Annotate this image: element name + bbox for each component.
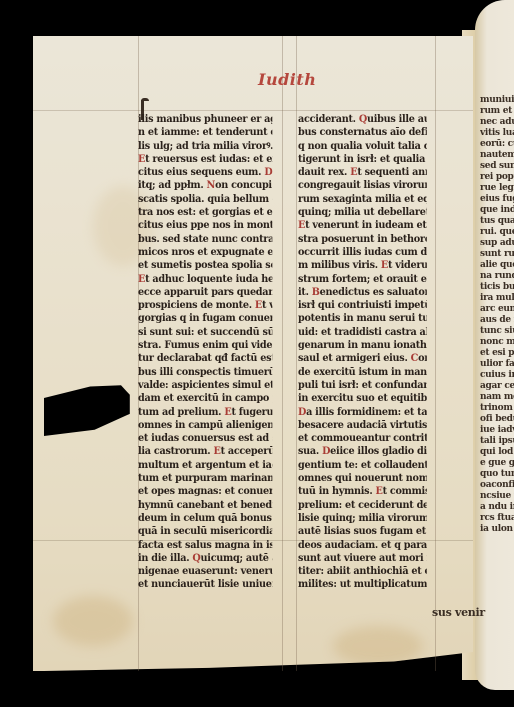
text-line: gorgias q in fugam conuer xyxy=(138,312,272,325)
text-line: ulior fapos: xyxy=(480,359,514,370)
text-line: aus de non xyxy=(480,315,514,326)
text-line: sup aduenie xyxy=(480,238,514,249)
text-line: prospiciens de monte. Et vidit xyxy=(138,299,272,312)
text-line: rum et custo xyxy=(480,106,514,117)
text-line: sunt aut viuere aut mori for xyxy=(298,552,427,565)
text-line: facta est salus magna in isrł xyxy=(138,539,272,552)
text-line: multum et argentum et iacin xyxy=(138,459,272,472)
text-line: ofi bedum xyxy=(480,414,514,425)
rubricated-initial: D xyxy=(322,445,330,457)
rubricated-initial: Q xyxy=(192,552,200,564)
text-line: nec aduenit. li xyxy=(480,117,514,128)
text-line: occurrit illis iudas cum dece xyxy=(298,246,427,259)
text-line: oaconfiu xyxy=(480,480,514,491)
text-line: omnes in campū alienigenae: xyxy=(138,419,272,432)
text-line: Da illis formidinem: et ta xyxy=(298,406,427,419)
text-line: dam et exercitū in campo para xyxy=(138,392,272,405)
text-line: lis ulg; ad tria milia virorꝰ. xyxy=(138,140,272,153)
text-line: quā in seculū misericordia eius. Et xyxy=(138,525,272,538)
text-line: quo tund xyxy=(480,469,514,480)
text-line: besacere audaciā virtutis eorū: xyxy=(298,419,427,432)
text-line: qui lod teu xyxy=(480,447,514,458)
rubricated-initial: C xyxy=(411,352,418,364)
rubricated-initial: E xyxy=(224,406,231,418)
text-column-left: ilis manibus phuneer er agon et iamme: e… xyxy=(138,113,284,592)
text-line: ilis manibus phuneer er ago xyxy=(138,113,272,126)
text-line: ecce apparuit pars quedam xyxy=(138,286,272,299)
text-line: saul et armigeri eius. Conclu xyxy=(298,352,427,365)
text-line: tigerunt in isrł: et qualia mā xyxy=(298,153,427,166)
text-line: deum in celum quā bonus est: xyxy=(138,512,272,525)
text-line: omnes qui nouerunt nomen xyxy=(298,472,427,485)
text-line: valde: aspicientes simul et iu xyxy=(138,379,272,392)
text-line: nam monum xyxy=(480,392,514,403)
text-line: sua. Deiice illos gladio dili xyxy=(298,445,427,458)
rubricated-initial: E xyxy=(138,273,145,285)
rubricated-initial: E xyxy=(255,299,262,311)
text-line: stra posuerunt in bethoron: et xyxy=(298,233,427,246)
text-line: prelium: et ceciderunt de exercitu xyxy=(298,499,427,512)
text-line: tali ipsum xyxy=(480,436,514,447)
text-line: tum et purpuram marinam xyxy=(138,472,272,485)
ruling-line xyxy=(33,110,473,111)
text-line: in die illa. Quicumq; autē alie xyxy=(138,552,272,565)
rubricated-initial: E xyxy=(213,445,220,457)
rubricated-initial: N xyxy=(207,179,216,191)
text-line: citus eius sequens eum. Dix xyxy=(138,166,272,179)
rubricated-initial: E xyxy=(350,166,357,178)
text-line: et commoueantur contritione xyxy=(298,432,427,445)
text-line: bus. sed state nunc contra ini xyxy=(138,233,272,246)
text-line: lia castrorum. Et acceperūt aurū xyxy=(138,445,272,458)
rubricated-initial: E xyxy=(381,259,388,271)
text-line: nautem fam xyxy=(480,150,514,161)
text-line: quinq; milia ut debellaret eos. xyxy=(298,206,427,219)
text-line: ira mult. Fa xyxy=(480,293,514,304)
text-line: deos audaciam. et q parati xyxy=(298,539,427,552)
rubricated-initial: E xyxy=(376,485,383,497)
text-line: a ndu inga xyxy=(480,502,514,513)
text-line: rue legis. q ta xyxy=(480,183,514,194)
text-line: Et adhuc loquente iuda hec: xyxy=(138,273,272,286)
text-line: gentium te: et collaudent te xyxy=(298,459,427,472)
text-line: tur declarabat qđ factū est. Qui xyxy=(138,352,272,365)
text-line: cuius in me xyxy=(480,370,514,381)
rubricated-initial: D xyxy=(298,406,306,418)
text-line: m milibus viris. Et viderunt ca xyxy=(298,259,427,272)
text-line: muniuit in nid xyxy=(480,95,514,106)
text-line: citus eius ppe nos in monta xyxy=(138,219,272,232)
text-line: tunc siues p xyxy=(480,326,514,337)
text-line: congregauit lisias virorum electo xyxy=(298,179,427,192)
text-line: et sumetis postea spolia secure. xyxy=(138,259,272,272)
text-line: sunt rum p xyxy=(480,249,514,260)
text-line: iue iadvou xyxy=(480,425,514,436)
text-line: bus illi conspectis timuerūt xyxy=(138,366,272,379)
text-line: genarum in manu ionathe filii xyxy=(298,339,427,352)
text-line: et esi ponet xyxy=(480,348,514,359)
text-line: Et reuersus est iudas: et exer xyxy=(138,153,272,166)
text-line: isrł qui contriuisti impetū xyxy=(298,299,427,312)
text-line: ia ulon qe xyxy=(480,524,514,535)
text-line: in exercitu suo et equitibus. xyxy=(298,392,427,405)
text-line: agar cent e xyxy=(480,381,514,392)
catchword: sus venir xyxy=(432,606,485,619)
text-line: rcs ftua xyxy=(480,513,514,524)
text-line: si sunt sui: et succendū sūt ca xyxy=(138,326,272,339)
text-line: scatis spolia. quia bellum cō xyxy=(138,193,272,206)
running-head: Iudith xyxy=(258,70,316,89)
text-column-right: acciderant. Quibus ille auditibus conste… xyxy=(298,113,438,592)
text-line: milites: ut multiplicatum rur xyxy=(298,578,427,591)
text-line: titer: abiit anthiochiā et elegit xyxy=(298,565,427,578)
text-line: hymnū canebant et benedicebāt xyxy=(138,499,272,512)
text-line: eorū: custodie xyxy=(480,139,514,150)
text-line: Et venerunt in iudeam et ca xyxy=(298,219,427,232)
facing-page-column: muniuit in nidrum et custonec aduenit. l… xyxy=(480,95,514,535)
text-line: que indicia u xyxy=(480,205,514,216)
text-line: itq; ad ppłm. Non concupi xyxy=(138,179,272,192)
text-line: q non qualia voluit talia cō xyxy=(298,140,427,153)
text-line: ncsiue ut xyxy=(480,491,514,502)
text-line: tus quam ip xyxy=(480,216,514,227)
text-line: de exercitū istum in manu po xyxy=(298,366,427,379)
stain xyxy=(333,626,423,666)
text-line: rui. que ad tu xyxy=(480,227,514,238)
text-line: micos nros et expugnate eos: xyxy=(138,246,272,259)
text-line: alie quos ide xyxy=(480,260,514,271)
text-line: nonc multit xyxy=(480,337,514,348)
text-line: sed sunt et ful xyxy=(480,161,514,172)
text-line: e gue gaet xyxy=(480,458,514,469)
text-line: puli tui isrł: et confundantur xyxy=(298,379,427,392)
text-line: et opes magnas: et conuersi xyxy=(138,485,272,498)
text-line: tum ad prelium. Et fugerunt xyxy=(138,406,272,419)
text-line: ticis bus eu xyxy=(480,282,514,293)
text-line: lisie quinq; milia virorum. Videns xyxy=(298,512,427,525)
rubricated-initial: B xyxy=(312,286,320,298)
text-line: bus consternatus aīo deficiebat: xyxy=(298,126,427,139)
rubricated-initial: Q xyxy=(359,113,367,125)
text-line: stra. Fumus enim qui videba xyxy=(138,339,272,352)
text-line: dauit rex. Et sequenti anno xyxy=(298,166,427,179)
text-line: tra nos est: et gorgias et exer xyxy=(138,206,272,219)
text-line: n et iamme: et tenderunt er il xyxy=(138,126,272,139)
ruling-line xyxy=(296,36,297,671)
rubricated-initial: D xyxy=(264,166,272,178)
text-line: acciderant. Quibus ille auditi xyxy=(298,113,427,126)
text-line: tuū in hymnis. Et commiserūt xyxy=(298,485,427,498)
text-line: et nunciauerūt lisie uniuersaque xyxy=(138,578,272,591)
text-line: it. Benedictus es saluator xyxy=(298,286,427,299)
text-line: trinom q xyxy=(480,403,514,414)
stain xyxy=(53,596,133,646)
text-line: strum fortem; et orauit et dix xyxy=(298,273,427,286)
text-line: rum sexaginta milia et equitum xyxy=(298,193,427,206)
text-line: arc eum e xyxy=(480,304,514,315)
text-line: nigenae euaserunt: venerunt xyxy=(138,565,272,578)
text-line: na rund qui xyxy=(480,271,514,282)
rubricated-initial: E xyxy=(138,153,145,165)
text-line: potentis in manu serui tui da xyxy=(298,312,427,325)
text-line: rei populus p xyxy=(480,172,514,183)
text-line: autē lisias suos fugam et iu xyxy=(298,525,427,538)
text-line: et iudas conuersus est ad spo xyxy=(138,432,272,445)
rubricated-initial: E xyxy=(298,219,305,231)
text-line: uid: et tradidisti castra alien xyxy=(298,326,427,339)
text-line: eius fugere n xyxy=(480,194,514,205)
text-line: vitis luas q xyxy=(480,128,514,139)
